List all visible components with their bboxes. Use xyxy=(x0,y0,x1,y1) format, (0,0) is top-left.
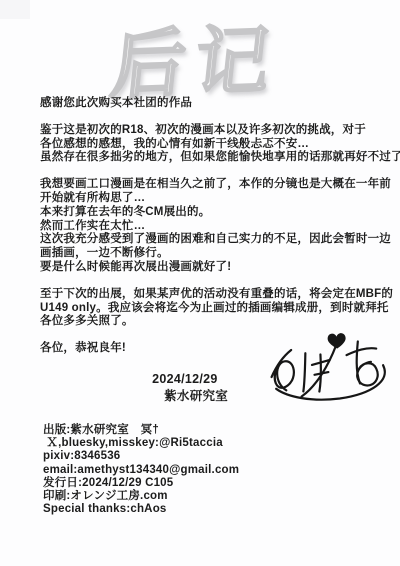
paragraph-production: 我想要画工口漫画是在相当久之前了，本作的分镜也是大概在一年前 开始就有所构思了…… xyxy=(40,178,400,275)
text-line: 感谢您此次购买本社团的作品 xyxy=(40,97,400,111)
colophon-release-date: 发行日:2024/12/29 C105 xyxy=(43,477,239,490)
colophon: 出版:紫水研究室 冥† Ｘ,bluesky,misskey:@Ri5taccia… xyxy=(43,424,239,516)
paragraph-first-times: 鉴于这是初次的R18、初次的漫画本以及许多初次的挑战，对于 各位感想的感想，我的… xyxy=(40,124,400,165)
text-line: 然而工作实在太忙… xyxy=(40,220,400,234)
colophon-special-thanks: Special thanks:chAos xyxy=(43,503,239,516)
colophon-social: Ｘ,bluesky,misskey:@Ri5taccia xyxy=(43,437,239,450)
text-line: 我想要画工口漫画是在相当久之前了，本作的分镜也是大概在一年前 xyxy=(40,178,400,192)
paragraph-next-event: 至于下次的出展，如果某声优的活动没有重叠的话，将会定在MBF的 U149 onl… xyxy=(40,288,400,329)
text-line: 至于下次的出展，如果某声优的活动没有重叠的话，将会定在MBF的 xyxy=(40,288,400,302)
heart-icon xyxy=(327,333,346,349)
text-line: 鉴于这是初次的R18、初次的漫画本以及许多初次的挑战，对于 xyxy=(40,124,400,138)
text-line: U149 only。我应该会将迄今为止画过的插画编辑成册，到时就拜托 xyxy=(40,302,400,316)
text-line: 虽然存在很多拙劣的地方，但如果您能愉快地享用的话那就再好不过了 xyxy=(40,151,400,165)
colophon-publisher: 出版:紫水研究室 冥† xyxy=(43,424,239,437)
text-line: 画插画，一边不断修行。 xyxy=(40,247,400,261)
colophon-pixiv: pixiv:8346536 xyxy=(43,450,239,463)
colophon-printer: 印刷:オレンジ工房.com xyxy=(43,490,239,503)
text-line: 要是什么时候能再次展出漫画就好了! xyxy=(40,261,400,275)
date-text: 2024/12/29 xyxy=(152,372,218,386)
author-signature-icon xyxy=(260,325,399,406)
text-line: 这次我充分感受到了漫画的困难和自己实力的不足，因此会暂时一边 xyxy=(40,233,400,247)
paragraph-thanks: 感谢您此次购买本社团的作品 xyxy=(40,97,400,111)
colophon-email: email:amethyst134340@gmail.com xyxy=(43,464,239,477)
text-line: 本来打算在去年的冬CM展出的。 xyxy=(40,206,400,220)
date-line: 2024/12/29 紫水研究室 xyxy=(137,358,228,418)
circle-name: 紫水研究室 xyxy=(164,389,228,403)
scan-corner-shade xyxy=(0,0,30,19)
text-line: 各位感想的感想，我的心情有如新干线般忐忑不安… xyxy=(40,138,400,152)
text-line: 开始就有所构思了… xyxy=(40,192,400,206)
afterword-page: 后记 感谢您此次购买本社团的作品 鉴于这是初次的R18、初次的漫画本以及许多初次… xyxy=(0,0,400,566)
